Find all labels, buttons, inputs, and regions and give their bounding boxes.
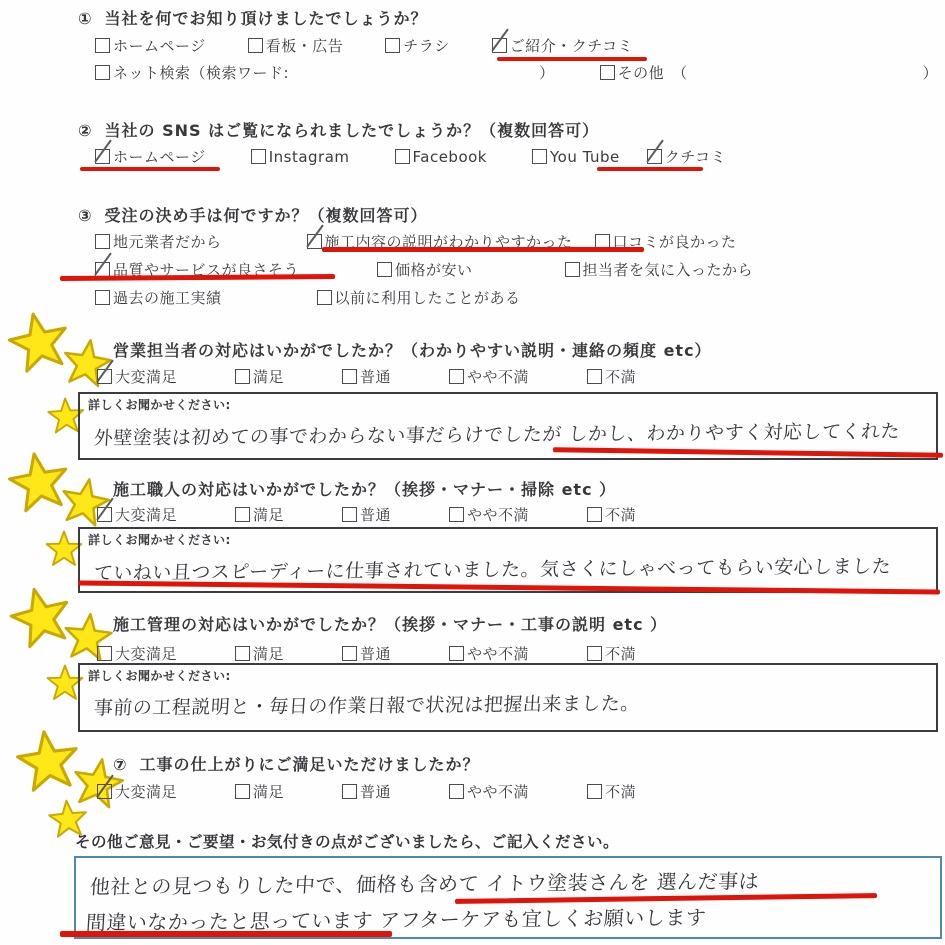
checkbox[interactable] xyxy=(235,784,250,799)
question-1-title: ① 当社を何でお知り頂けましたでしょうか？ xyxy=(78,6,428,29)
checkbox-option[interactable]: Instagram xyxy=(251,148,350,166)
question-6-title: 施工管理の対応はいかがでしたか？（挨拶・マナー・工事の説明 etc ） xyxy=(113,612,667,635)
checkbox-label: 普通 xyxy=(360,504,391,525)
checkbox-option[interactable]: 不満 xyxy=(587,781,636,802)
checkbox-option[interactable]: 不満 xyxy=(587,366,636,387)
q3-options-row3: 過去の施工実績 以前に利用したことがある xyxy=(95,287,521,308)
checkbox-label: 看板・広告 xyxy=(266,35,344,56)
scanned-survey-form: ① 当社を何でお知り頂けましたでしょうか？ ホームページ 看板・広告 チラシ ご… xyxy=(0,0,945,945)
question-5-title: 施工職人の対応はいかがでしたか？（挨拶・マナー・掃除 etc ） xyxy=(113,477,616,500)
question-7-title: ⑦ 工事の仕上がりにご満足いただけましたか？ xyxy=(113,752,480,775)
checkbox-label: ご紹介・クチコミ xyxy=(510,35,633,56)
checkbox-option[interactable]: クチコミ xyxy=(647,146,726,167)
checkbox-option[interactable]: ホームページ xyxy=(95,146,206,167)
checkbox[interactable] xyxy=(97,646,112,661)
checkbox-label: 大変満足 xyxy=(115,366,177,387)
checkbox[interactable] xyxy=(492,38,507,53)
checkbox[interactable] xyxy=(395,149,410,164)
q2-options-row: ホームページ Instagram Facebook You Tube クチコミ xyxy=(95,146,726,167)
checkbox-label: 担当者を気に入ったから xyxy=(583,259,754,280)
q7-ratings-row: 大変満足 満足 普通 やや不満 不満 xyxy=(97,781,636,802)
checkbox-label: 普通 xyxy=(360,366,391,387)
checkbox[interactable] xyxy=(95,65,110,80)
checkbox-label: 満足 xyxy=(253,781,284,802)
checkbox[interactable] xyxy=(97,369,112,384)
checkbox-label: 満足 xyxy=(253,366,284,387)
comment-box-label: 詳しくお聞かせください: xyxy=(88,531,231,548)
checkbox-label: やや不満 xyxy=(467,643,529,664)
checkbox[interactable] xyxy=(600,65,615,80)
comment-box: 詳しくお聞かせください: 外壁塗装は初めての事でわからない事だらけでしたが しか… xyxy=(78,392,938,460)
question-text: 営業担当者の対応はいかがでしたか？（わかりやすい説明・連絡の頻度 etc） xyxy=(113,338,712,361)
checkbox[interactable] xyxy=(587,369,602,384)
q5-ratings-row: 大変満足 満足 普通 やや不満 不満 xyxy=(97,504,636,525)
checkbox[interactable] xyxy=(342,646,357,661)
q4-ratings-row: 大変満足 満足 普通 やや不満 不満 xyxy=(97,366,636,387)
checkbox-option[interactable]: やや不満 xyxy=(449,643,529,664)
checkbox-label: 普通 xyxy=(360,643,391,664)
checkbox-option[interactable]: 価格が安い xyxy=(377,259,473,280)
checkbox-label: 過去の施工実績 xyxy=(113,287,222,308)
checkbox[interactable] xyxy=(449,646,464,661)
comment-box-label: 詳しくお聞かせください: xyxy=(88,396,231,413)
checkbox[interactable] xyxy=(251,149,266,164)
checkbox-option[interactable]: 担当者を気に入ったから xyxy=(565,259,754,280)
checkbox-label: ホームページ xyxy=(113,146,206,167)
question-text: 施工管理の対応はいかがでしたか？（挨拶・マナー・工事の説明 etc ） xyxy=(113,612,667,635)
question-number: ② xyxy=(78,121,93,140)
checkbox-label: やや不満 xyxy=(467,504,529,525)
checkbox-option[interactable]: 普通 xyxy=(342,781,391,802)
question-text: 工事の仕上がりにご満足いただけましたか？ xyxy=(140,752,480,775)
checkbox-label: 満足 xyxy=(253,504,284,525)
checkbox-option[interactable]: Facebook xyxy=(395,148,487,166)
checkbox[interactable] xyxy=(587,646,602,661)
checkbox-option[interactable]: 普通 xyxy=(342,366,391,387)
checkbox-label: 不満 xyxy=(605,781,636,802)
checkbox[interactable] xyxy=(248,38,263,53)
handwritten-comment: 外壁塗装は初めての事でわからない事だらけでしたが しかし、わかりやすく対応してく… xyxy=(93,416,901,450)
checkbox-label: 価格が安い xyxy=(395,259,473,280)
checkbox-label: ホームページ xyxy=(113,35,206,56)
checkbox-option[interactable]: 大変満足 xyxy=(97,781,177,802)
checkbox-option[interactable]: ネット検索（検索ワード: xyxy=(95,62,289,83)
red-underline xyxy=(80,167,220,171)
checkbox-option[interactable]: 普通 xyxy=(342,643,391,664)
checkbox-option[interactable]: 不満 xyxy=(587,643,636,664)
checkbox-option[interactable]: チラシ xyxy=(385,35,450,56)
checkbox[interactable] xyxy=(342,369,357,384)
checkbox[interactable] xyxy=(565,262,580,277)
checkbox[interactable] xyxy=(587,507,602,522)
checkbox[interactable] xyxy=(377,262,392,277)
red-underline xyxy=(497,57,647,61)
checkbox-label: 不満 xyxy=(605,366,636,387)
checkbox[interactable] xyxy=(307,234,322,249)
checkbox-label: You Tube xyxy=(550,148,620,166)
checkbox-option[interactable]: ホームページ xyxy=(95,35,206,56)
checkbox[interactable] xyxy=(342,507,357,522)
checkbox-option[interactable]: 普通 xyxy=(342,504,391,525)
checkbox-label: 大変満足 xyxy=(115,504,177,525)
checkbox[interactable] xyxy=(449,784,464,799)
red-underline xyxy=(60,931,392,937)
checkbox-option[interactable]: 大変満足 xyxy=(97,643,177,664)
checkbox-option[interactable]: 以前に利用したことがある xyxy=(317,287,521,308)
checkbox-option[interactable]: やや不満 xyxy=(449,781,529,802)
checkbox-option[interactable]: その他 （ xyxy=(600,62,688,83)
checkbox-label: 満足 xyxy=(253,643,284,664)
checkbox-label: ネット検索（検索ワード: xyxy=(113,62,289,83)
checkbox-option[interactable]: 大変満足 xyxy=(97,366,177,387)
question-4-title: 営業担当者の対応はいかがでしたか？（わかりやすい説明・連絡の頻度 etc） xyxy=(113,338,712,361)
checkbox[interactable] xyxy=(235,646,250,661)
checkbox-label: 普通 xyxy=(360,781,391,802)
checkbox[interactable] xyxy=(95,38,110,53)
checkbox-option[interactable]: 満足 xyxy=(235,366,284,387)
checkbox[interactable] xyxy=(385,38,400,53)
checkbox[interactable] xyxy=(587,784,602,799)
checkbox[interactable] xyxy=(449,369,464,384)
question-text: 施工職人の対応はいかがでしたか？（挨拶・マナー・掃除 etc ） xyxy=(113,477,616,500)
handwritten-comment-line1: 他社との見つもりした中で、価格も含めて イトウ塗装さんを 選んだ事は xyxy=(89,865,760,900)
checkbox-option[interactable]: 地元業者だから xyxy=(95,231,222,252)
checkbox-option[interactable]: やや不満 xyxy=(449,366,529,387)
question-text: 当社の SNS はご覧になられましたでしょうか？（複数回答可） xyxy=(105,118,600,141)
close-paren: ） xyxy=(539,62,555,83)
checkbox[interactable] xyxy=(235,369,250,384)
close-paren: ） xyxy=(923,62,939,83)
checkbox[interactable] xyxy=(97,507,112,522)
checkbox[interactable] xyxy=(342,784,357,799)
checkbox-option[interactable]: ご紹介・クチコミ xyxy=(492,35,633,56)
checkbox[interactable] xyxy=(449,507,464,522)
checkbox-option[interactable]: You Tube xyxy=(532,148,620,166)
checkbox-option[interactable]: 大変満足 xyxy=(97,504,177,525)
checkbox[interactable] xyxy=(97,784,112,799)
checkbox-option[interactable]: 不満 xyxy=(587,504,636,525)
handwritten-comment: ていねい且つスピーディーに仕事されていました。気さくにしゃべってもらい安心しまし… xyxy=(93,552,892,586)
question-number: ③ xyxy=(78,206,93,225)
q1-options-row2: ネット検索（検索ワード: ） その他 （ ） xyxy=(95,62,938,83)
checkbox-option[interactable]: 看板・広告 xyxy=(248,35,344,56)
comment-box: 詳しくお聞かせください: 事前の工程説明と・毎日の作業日報で状況は把握出来ました… xyxy=(78,663,938,732)
q6-ratings-row: 大変満足 満足 普通 やや不満 不満 xyxy=(97,643,636,664)
question-text: 当社を何でお知り頂けましたでしょうか？ xyxy=(105,6,428,29)
checkbox-label: クチコミ xyxy=(665,146,726,167)
question-text: 受注の決め手は何ですか？（複数回答可） xyxy=(105,203,428,226)
checkbox[interactable] xyxy=(95,234,110,249)
red-underline xyxy=(597,167,703,171)
checkbox-label: その他 （ xyxy=(618,62,688,83)
checkbox-label: やや不満 xyxy=(467,366,529,387)
checkbox-label: チラシ xyxy=(403,35,450,56)
checkbox-label: Facebook xyxy=(413,148,487,166)
checkbox-label: 不満 xyxy=(605,643,636,664)
red-underline xyxy=(322,247,644,252)
checkbox-option[interactable]: 過去の施工実績 xyxy=(95,287,222,308)
checkbox-option[interactable]: 満足 xyxy=(235,781,284,802)
question-2-title: ② 当社の SNS はご覧になられましたでしょうか？（複数回答可） xyxy=(78,118,599,141)
checkbox-label: Instagram xyxy=(269,148,350,166)
checkbox-label: 大変満足 xyxy=(115,643,177,664)
other-comments-heading: その他ご意見・ご要望・お気付きの点がございましたら、ご記入ください。 xyxy=(75,830,619,852)
checkbox-option[interactable]: やや不満 xyxy=(449,504,529,525)
checkbox-label: やや不満 xyxy=(467,781,529,802)
checkbox[interactable] xyxy=(317,290,332,305)
q1-options-row1: ホームページ 看板・広告 チラシ ご紹介・クチコミ xyxy=(95,35,633,56)
checkbox-label: 地元業者だから xyxy=(113,231,222,252)
checkbox-label: 不満 xyxy=(605,504,636,525)
checkbox[interactable] xyxy=(235,507,250,522)
question-number: ① xyxy=(78,9,93,28)
checkbox-option[interactable]: 満足 xyxy=(235,504,284,525)
checkbox-label: 大変満足 xyxy=(115,781,177,802)
handwritten-comment: 事前の工程説明と・毎日の作業日報で状況は把握出来ました。 xyxy=(93,689,641,721)
checkbox-option[interactable]: 満足 xyxy=(235,643,284,664)
comment-box-label: 詳しくお聞かせください: xyxy=(88,667,231,684)
question-3-title: ③ 受注の決め手は何ですか？（複数回答可） xyxy=(78,203,428,226)
checkbox-label: 以前に利用したことがある xyxy=(335,287,521,308)
checkbox[interactable] xyxy=(647,149,662,164)
checkbox[interactable] xyxy=(95,290,110,305)
question-number: ⑦ xyxy=(113,755,128,774)
checkbox[interactable] xyxy=(532,149,547,164)
checkbox[interactable] xyxy=(95,149,110,164)
